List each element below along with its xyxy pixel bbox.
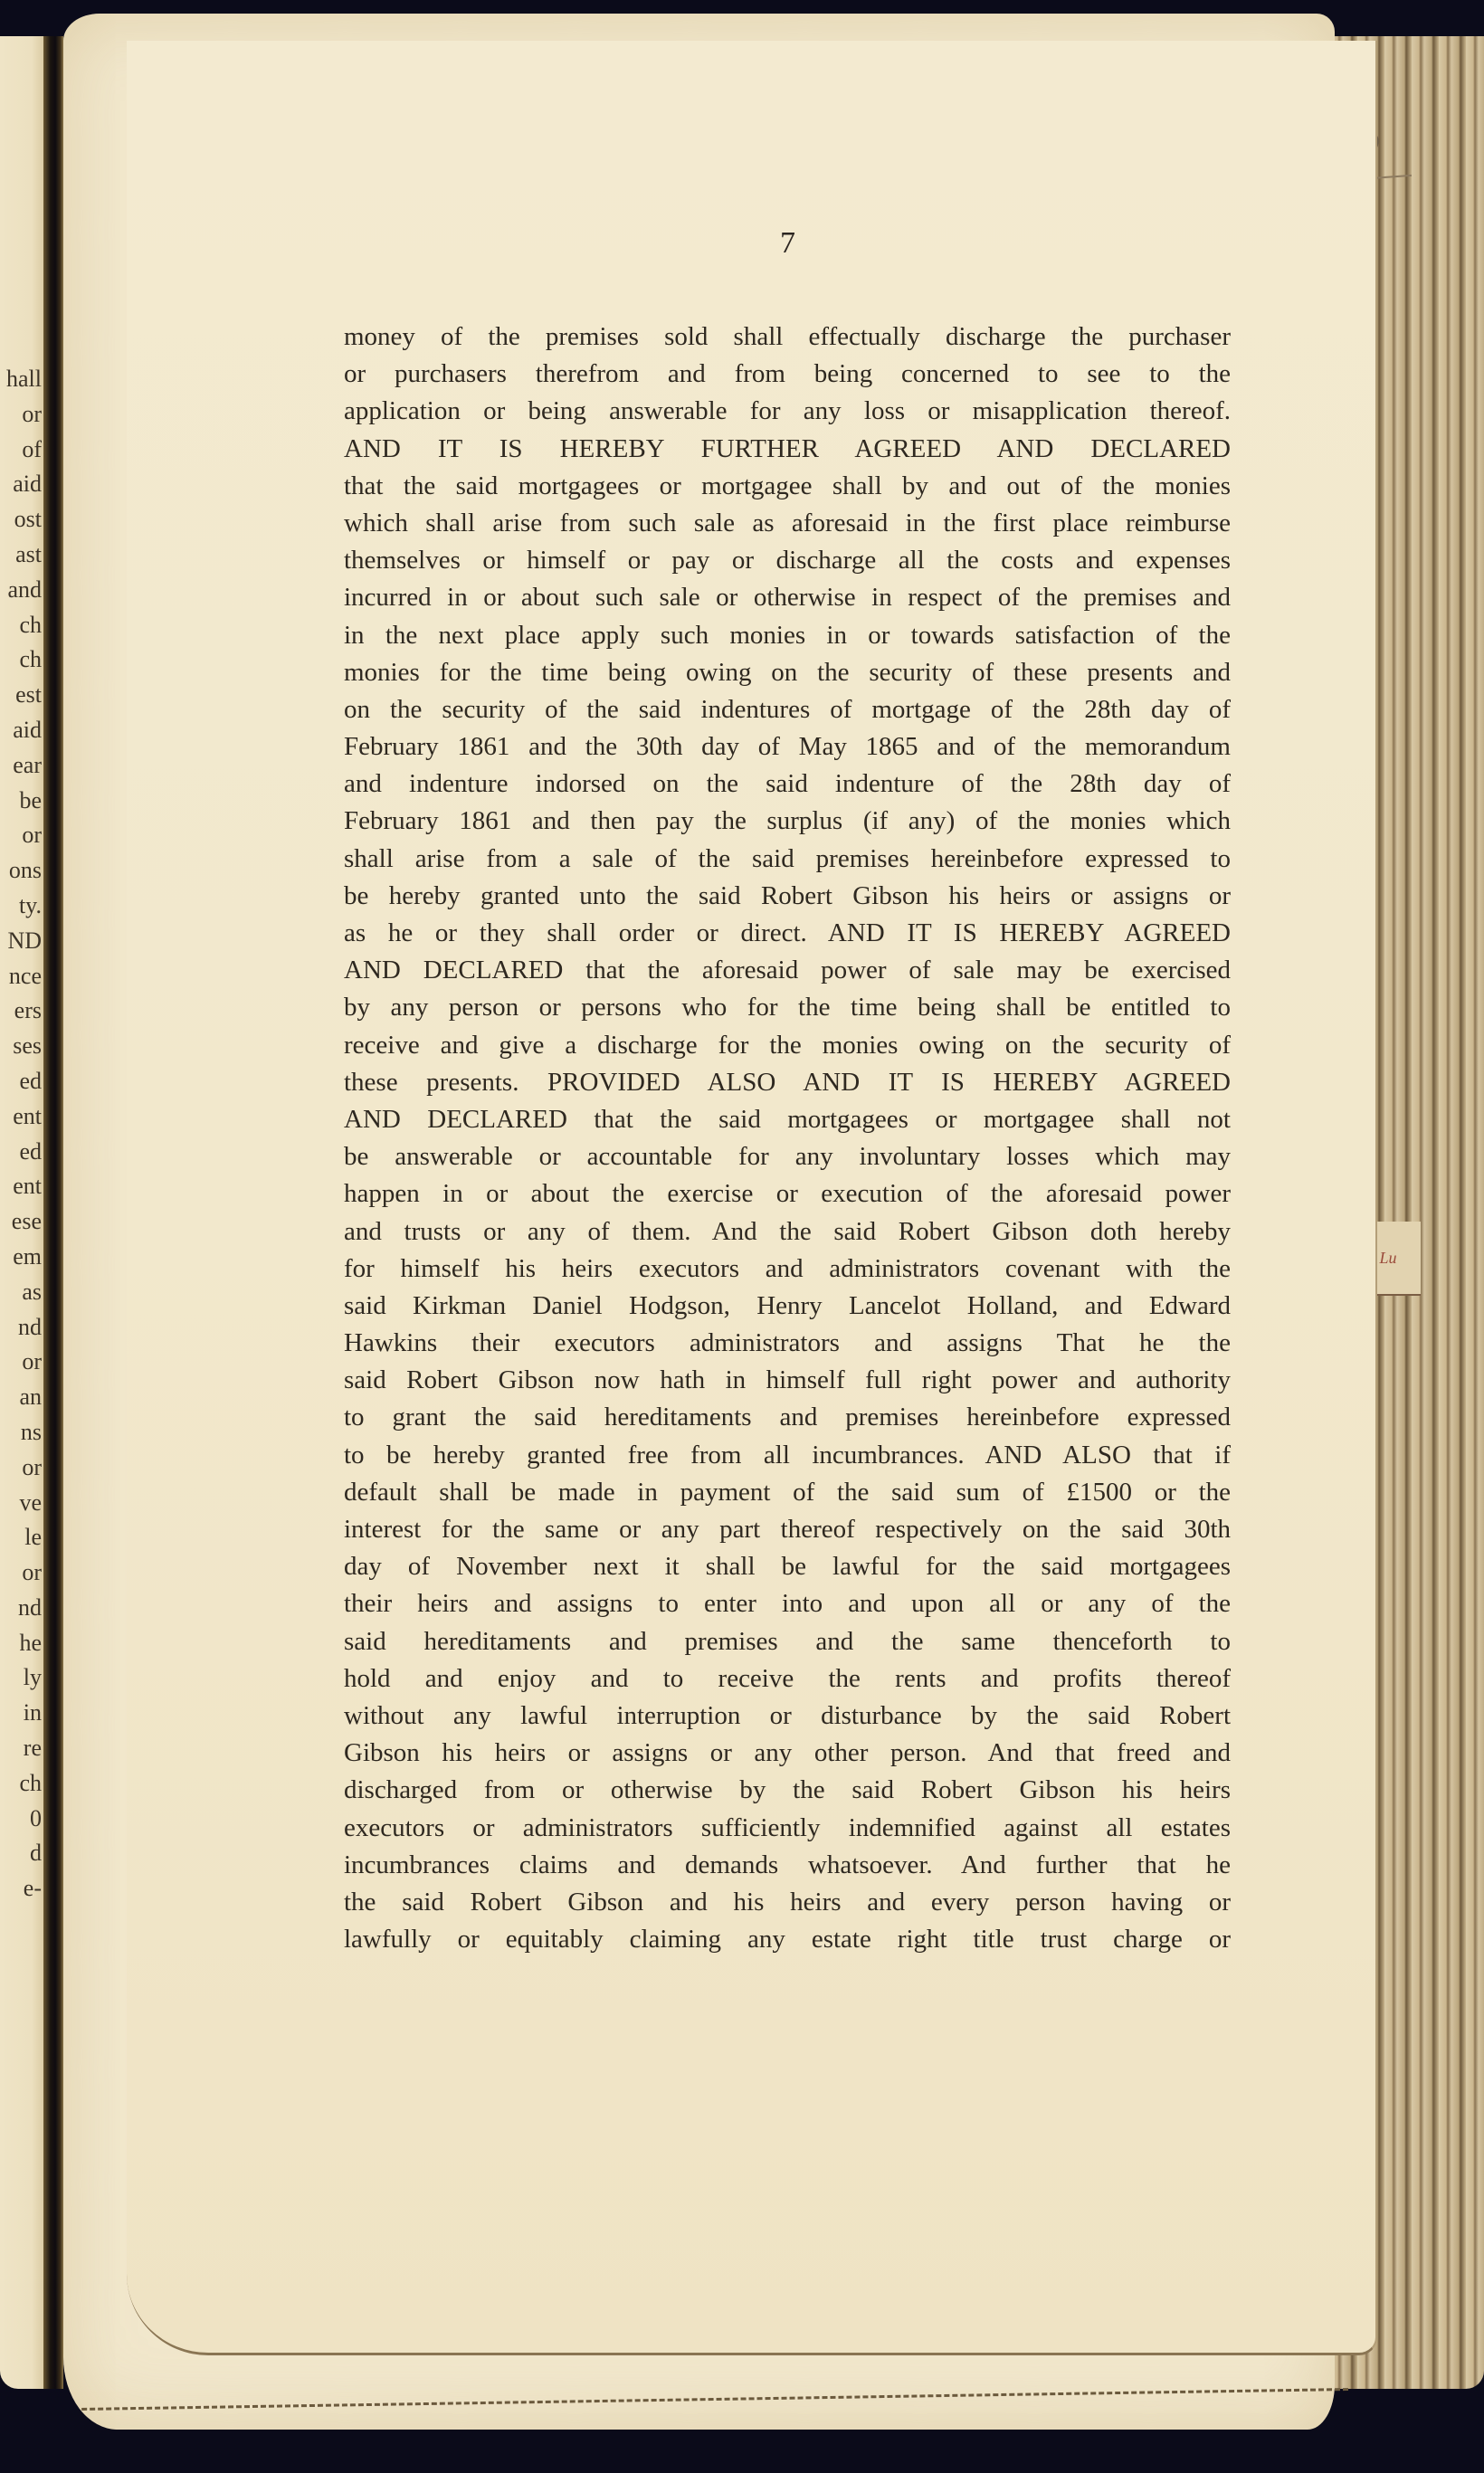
- text-line: incurred in or about such sale or otherw…: [344, 579, 1231, 616]
- text-line: AND DECLARED that the said mortgagees or…: [344, 1101, 1231, 1138]
- text-line: default shall be made in payment of the …: [344, 1474, 1231, 1511]
- left-page-fragment: ND: [0, 924, 42, 959]
- left-page-fragment: nd: [0, 1591, 42, 1626]
- book-gutter: [43, 36, 63, 2389]
- text-line: be hereby granted unto the said Robert G…: [344, 878, 1231, 915]
- left-page-fragment: aid: [0, 467, 42, 502]
- left-page-fragment: ent: [0, 1169, 42, 1204]
- left-page-fragment: in: [0, 1696, 42, 1731]
- page-number: 7: [780, 226, 795, 261]
- left-page-fragment: ed: [0, 1135, 42, 1170]
- left-page-fragment: ons: [0, 853, 42, 889]
- text-line: February 1861 and then pay the surplus (…: [344, 803, 1231, 840]
- text-line: and trusts or any of them. And the said …: [344, 1213, 1231, 1251]
- text-line: happen in or about the exercise or execu…: [344, 1175, 1231, 1213]
- text-line: monies for the time being owing on the s…: [344, 654, 1231, 691]
- left-page-fragment: ent: [0, 1099, 42, 1135]
- left-page-fragment: or: [0, 1451, 42, 1486]
- left-page-fragment: as: [0, 1275, 42, 1310]
- left-page-fragment: and: [0, 573, 42, 608]
- left-page-fragment: ch: [0, 1766, 42, 1802]
- text-line: to grant the said hereditaments and prem…: [344, 1399, 1231, 1436]
- left-page-fragment: of: [0, 433, 42, 468]
- text-line: said Robert Gibson now hath in himself f…: [344, 1362, 1231, 1399]
- left-page-fragment: or: [0, 397, 42, 433]
- text-line: to be hereby granted free from all incum…: [344, 1437, 1231, 1474]
- text-line: receive and give a discharge for the mon…: [344, 1027, 1231, 1064]
- left-page-fragment: ch: [0, 642, 42, 678]
- text-line: shall arise from a sale of the said prem…: [344, 841, 1231, 878]
- text-line: for himself his heirs executors and admi…: [344, 1251, 1231, 1288]
- deed-body-text: money of the premises sold shall effectu…: [344, 319, 1231, 1958]
- left-page-fragment: ers: [0, 994, 42, 1029]
- text-line: application or being answerable for any …: [344, 393, 1231, 430]
- text-line: discharged from or otherwise by the said…: [344, 1772, 1231, 1809]
- text-line: Hawkins their executors administrators a…: [344, 1325, 1231, 1362]
- left-page-fragment: le: [0, 1520, 42, 1555]
- text-line: be answerable or accountable for any inv…: [344, 1138, 1231, 1175]
- left-page-fragment: ve: [0, 1486, 42, 1521]
- left-page-fragment: d: [0, 1836, 42, 1871]
- text-line: hold and enjoy and to receive the rents …: [344, 1660, 1231, 1698]
- text-line: AND IT IS HEREBY FURTHER AGREED AND DECL…: [344, 431, 1231, 468]
- left-page-fragment: ed: [0, 1064, 42, 1099]
- left-page-fragment: aid: [0, 713, 42, 748]
- text-line: money of the premises sold shall effectu…: [344, 319, 1231, 356]
- left-page-fragment: or: [0, 818, 42, 853]
- text-line: said hereditaments and premises and the …: [344, 1623, 1231, 1660]
- left-page-fragment: ear: [0, 748, 42, 784]
- left-page-fragment: be: [0, 784, 42, 819]
- text-line: day of November next it shall be lawful …: [344, 1548, 1231, 1585]
- left-page-fragment: nd: [0, 1310, 42, 1346]
- text-line: on the security of the said indentures o…: [344, 691, 1231, 728]
- text-line: without any lawful interruption or distu…: [344, 1698, 1231, 1735]
- left-page-text-fragments: hallorofaidostastandchchestaidearbeorons…: [0, 362, 42, 1907]
- left-page-fragment: e-: [0, 1871, 42, 1907]
- left-page-fragment: ese: [0, 1204, 42, 1240]
- left-page-fragment: ast: [0, 537, 42, 573]
- text-line: February 1861 and the 30th day of May 18…: [344, 728, 1231, 766]
- left-page-fragment: or: [0, 1345, 42, 1380]
- left-page-fragment: ost: [0, 502, 42, 537]
- text-line: which shall arise from such sale as afor…: [344, 505, 1231, 542]
- left-page-fragment: em: [0, 1240, 42, 1275]
- text-line: that the said mortgagees or mortgagee sh…: [344, 468, 1231, 505]
- text-line: incumbrances claims and demands whatsoev…: [344, 1847, 1231, 1884]
- left-page-fragment: re: [0, 1731, 42, 1766]
- text-line: said Kirkman Daniel Hodgson, Henry Lance…: [344, 1288, 1231, 1325]
- text-line: the said Robert Gibson and his heirs and…: [344, 1884, 1231, 1921]
- left-page-fragment: he: [0, 1626, 42, 1661]
- text-line: as he or they shall order or direct. AND…: [344, 915, 1231, 952]
- text-line: by any person or persons who for the tim…: [344, 989, 1231, 1026]
- text-line: lawfully or equitably claiming any estat…: [344, 1921, 1231, 1958]
- text-line: and indenture indorsed on the said inden…: [344, 766, 1231, 803]
- left-page-fragment: hall: [0, 362, 42, 397]
- left-page-fragment: ly: [0, 1660, 42, 1696]
- left-page-fragment: 0: [0, 1802, 42, 1837]
- left-page-fragment: ty.: [0, 889, 42, 924]
- left-page-fragment: an: [0, 1380, 42, 1415]
- text-line: or purchasers therefrom and from being c…: [344, 356, 1231, 393]
- text-line: executors or administrators sufficiently…: [344, 1810, 1231, 1847]
- left-page-fragment: ch: [0, 608, 42, 643]
- text-line: Gibson his heirs or assigns or any other…: [344, 1735, 1231, 1772]
- left-page-fragment: ns: [0, 1415, 42, 1451]
- left-page-fragment: nce: [0, 959, 42, 994]
- text-line: these presents. PROVIDED ALSO AND IT IS …: [344, 1064, 1231, 1101]
- text-line: interest for the same or any part thereo…: [344, 1511, 1231, 1548]
- left-page-fragment: ses: [0, 1029, 42, 1064]
- text-line: themselves or himself or pay or discharg…: [344, 542, 1231, 579]
- left-page-fragment: or: [0, 1555, 42, 1591]
- left-page-fragment: est: [0, 678, 42, 713]
- text-line: in the next place apply such monies in o…: [344, 617, 1231, 654]
- text-line: their heirs and assigns to enter into an…: [344, 1585, 1231, 1622]
- left-facing-page: hallorofaidostastandchchestaidearbeorons…: [0, 36, 45, 2389]
- text-line: AND DECLARED that the aforesaid power of…: [344, 952, 1231, 989]
